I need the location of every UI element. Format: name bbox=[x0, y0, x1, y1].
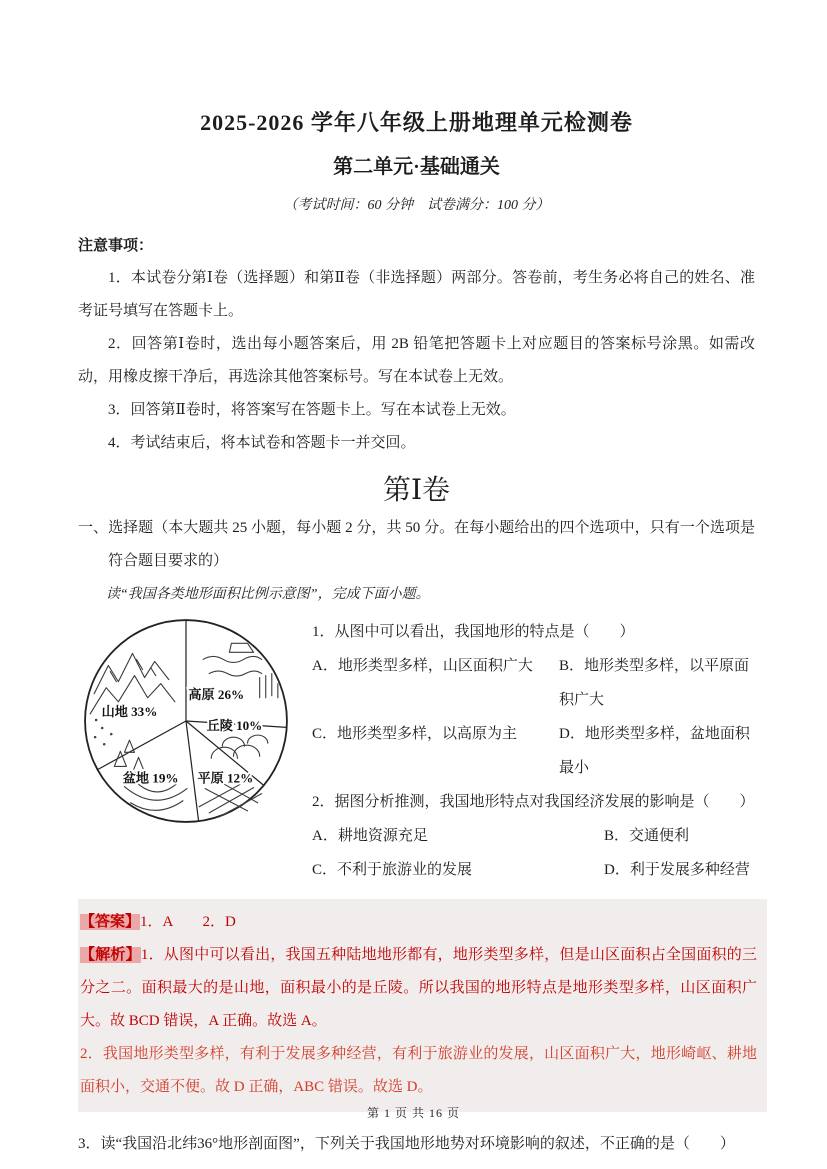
notice-item-3: 3．回答第Ⅱ卷时，将答案写在答题卡上。写在本试卷上无效。 bbox=[78, 394, 755, 427]
q2-option-d: D．利于发展多种经营 bbox=[604, 853, 750, 887]
q1-option-d: D．地形类型多样，盆地面积最小 bbox=[559, 717, 755, 785]
analysis-paragraph-1: 【解析】1．从图中可以看出，我国五种陆地地形都有，地形类型多样，但是山区面积占全… bbox=[80, 939, 757, 1038]
pie-spoke-basin-mountain bbox=[98, 721, 186, 770]
analysis-2-text: 2．我国地形类型多样，有利于发展多种经营，有利于旅游业的发展，山区面积广大，地形… bbox=[80, 1046, 757, 1095]
section-heading: 第Ⅰ卷 bbox=[78, 468, 755, 508]
q2-option-b: B．交通便利 bbox=[604, 819, 689, 853]
answer-analysis-block: 【答案】1．A 2．D 【解析】1．从图中可以看出，我国五种陆地地形都有，地形类… bbox=[78, 899, 767, 1112]
reading-intro: 读“我国各类地形面积比例示意图”，完成下面小题。 bbox=[78, 578, 755, 611]
exam-paper-page: 2025-2026 学年八年级上册地理单元检测卷 第二单元·基础通关 （考试时间… bbox=[0, 0, 827, 1169]
pie-label-mountain: 山地 33% bbox=[102, 703, 158, 719]
analysis-label: 【解析】 bbox=[80, 947, 141, 963]
questions-column: 1．从图中可以看出，我国地形的特点是（ ） A．地形类型多样，山区面积广大 B．… bbox=[312, 615, 755, 887]
question-group-1-2: 山地 33% 高原 26% 丘陵 10% 平原 12% 盆地 19% 1．从图中… bbox=[78, 615, 755, 887]
question-2-options-row-2: C．不利于旅游业的发展 D．利于发展多种经营 bbox=[312, 853, 755, 887]
q1-option-a: A．地形类型多样，山区面积广大 bbox=[312, 649, 559, 717]
page-footer: 第 1 页 共 16 页 bbox=[0, 1104, 827, 1121]
pie-illustration-hills bbox=[211, 735, 268, 758]
question-2-options-row-1: A．耕地资源充足 B．交通便利 bbox=[312, 819, 755, 853]
q1-option-c: C．地形类型多样，以高原为主 bbox=[312, 717, 559, 785]
q1-option-b: B．地形类型多样，以平原面积广大 bbox=[559, 649, 755, 717]
notice-heading: 注意事项： bbox=[78, 230, 755, 262]
question-2-text: 2．据图分析推测，我国地形特点对我国经济发展的影响是（ ） bbox=[312, 785, 755, 819]
analysis-paragraph-2: 2．我国地形类型多样，有利于发展多种经营，有利于旅游业的发展，山区面积广大，地形… bbox=[80, 1038, 757, 1104]
answer-line: 【答案】1．A 2．D bbox=[80, 906, 757, 939]
page-subtitle: 第二单元·基础通关 bbox=[78, 150, 755, 179]
notice-item-4: 4．考试结束后，将本试卷和答题卡一并交回。 bbox=[78, 427, 755, 460]
pie-label-plateau: 高原 26% bbox=[188, 686, 244, 702]
question-3-text: 3．读“我国沿北纬36°地形剖面图”，下列关于我国地形地势对环境影响的叙述，不正… bbox=[78, 1128, 755, 1161]
pie-chart-svg: 山地 33% 高原 26% 丘陵 10% 平原 12% 盆地 19% bbox=[78, 615, 296, 829]
q2-option-c: C．不利于旅游业的发展 bbox=[312, 853, 604, 887]
pie-label-basin: 盆地 19% bbox=[123, 770, 179, 786]
question-1-text: 1．从图中可以看出，我国地形的特点是（ ） bbox=[312, 615, 755, 649]
landform-pie-chart: 山地 33% 高原 26% 丘陵 10% 平原 12% 盆地 19% bbox=[78, 615, 296, 834]
question-1-options-row-1: A．地形类型多样，山区面积广大 B．地形类型多样，以平原面积广大 bbox=[312, 649, 755, 717]
pie-label-plain: 平原 12% bbox=[197, 770, 253, 786]
analysis-1-text: 1．从图中可以看出，我国五种陆地地形都有，地形类型多样，但是山区面积占全国面积的… bbox=[80, 947, 757, 1029]
answer-label: 【答案】 bbox=[80, 914, 140, 930]
notice-item-1: 1．本试卷分第Ⅰ卷（选择题）和第Ⅱ卷（非选择题）两部分。答卷前，考生务必将自己的… bbox=[78, 262, 755, 328]
notice-item-2: 2．回答第Ⅰ卷时，选出每小题答案后，用 2B 铅笔把答题卡上对应题目的答案标号涂… bbox=[78, 328, 755, 394]
section-intro: 一、选择题（本大题共 25 小题，每小题 2 分，共 50 分。在每小题给出的四… bbox=[78, 512, 755, 578]
exam-info: （考试时间：60 分钟 试卷满分：100 分） bbox=[78, 194, 755, 214]
answer-values: 1．A 2．D bbox=[140, 914, 236, 930]
pie-illustration-basin bbox=[124, 783, 187, 811]
q2-option-a: A．耕地资源充足 bbox=[312, 819, 604, 853]
pie-label-hill: 丘陵 10% bbox=[207, 717, 263, 733]
question-1-options-row-2: C．地形类型多样，以高原为主 D．地形类型多样，盆地面积最小 bbox=[312, 717, 755, 785]
page-title: 2025-2026 学年八年级上册地理单元检测卷 bbox=[78, 106, 755, 137]
